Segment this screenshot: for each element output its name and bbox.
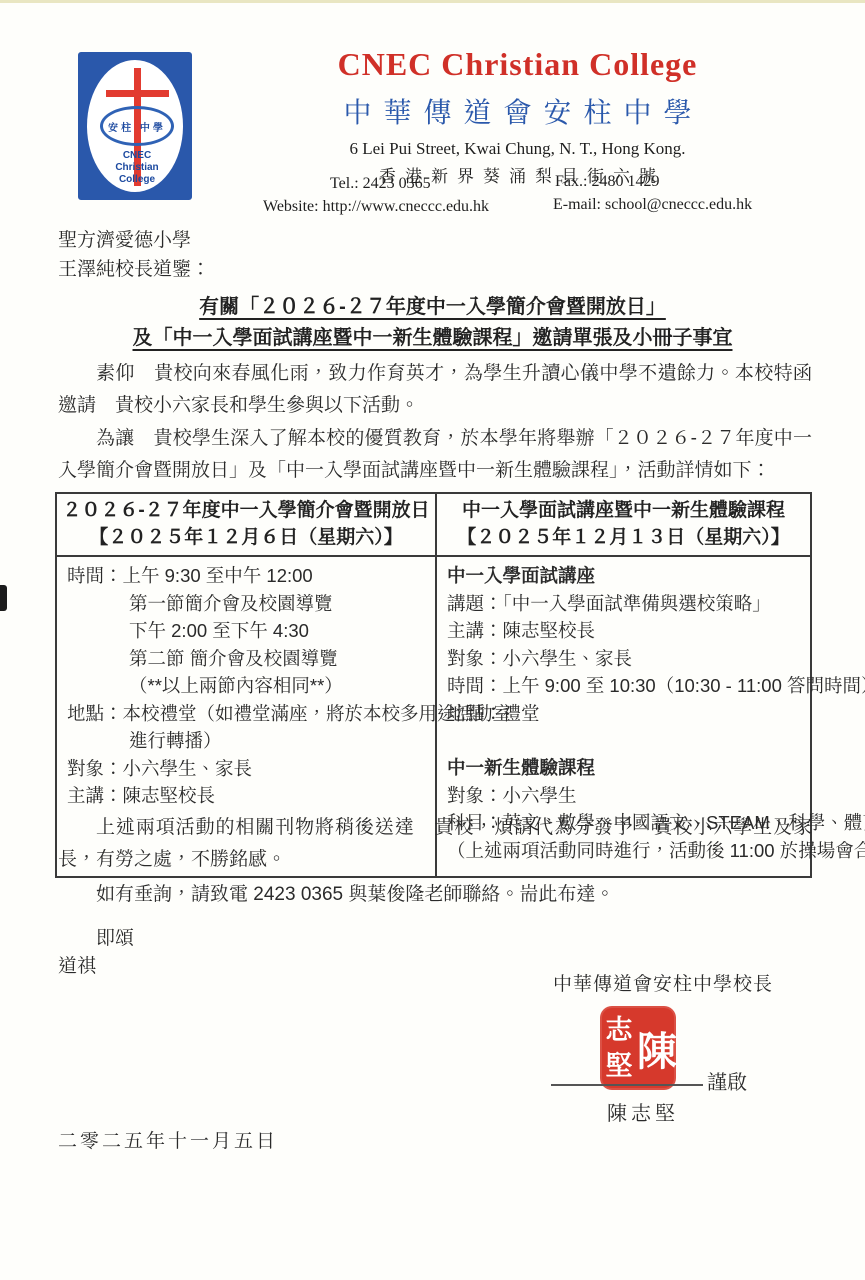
event2-date: 【２０２５年１２月１３日（星期六）】 xyxy=(441,524,806,551)
respectfully-label: 謹啟 xyxy=(707,1066,747,1095)
event2-topic: 講題：「中一入學面試準備與選校策略」 xyxy=(447,590,802,618)
school-name-chinese: 中華傳道會安柱中學 xyxy=(235,91,800,131)
event1-speaker: 主講：陳志堅校長 xyxy=(67,782,427,810)
paragraph-intro: 素仰 貴校向來春風化雨，致力作育英才，為學生升讀心儀中學不遺餘力。本校特函邀請 … xyxy=(58,358,812,422)
event2-time: 時間：上午 9:00 至 10:30（10:30 - 11:00 答問時間） xyxy=(447,672,802,700)
event1-audience: 對象：小六學生、家長 xyxy=(67,755,427,783)
logo-ellipse-text: 安柱 中學 xyxy=(108,119,166,134)
paragraph-events-intro: 為讓 貴校學生深入了解本校的優質教育，於本學年將舉辦「２０２６-２７年度中一入學… xyxy=(58,423,812,487)
event2-sec2-audience: 對象：小六學生 xyxy=(447,782,802,810)
event1-venue: 地點：本校禮堂（如禮堂滿座，將於本校多用途活動室 xyxy=(67,700,427,728)
letter-date: 二零二五年十一月五日 xyxy=(58,1126,278,1153)
cross-icon-arm xyxy=(106,90,169,97)
seal-char-left-top: 志 xyxy=(606,1015,633,1045)
school-logo: 安柱 中學 CNEC Christian College xyxy=(78,52,192,200)
event2-audience: 對象：小六學生、家長 xyxy=(447,645,802,673)
website: Website: http://www.cneccc.edu.hk xyxy=(263,198,489,216)
event2-header: 中一入學面試講座暨中一新生體驗課程 【２０２５年１２月１３日（星期六）】 xyxy=(437,494,810,557)
event2-speaker: 主講：陳志堅校長 xyxy=(447,617,802,645)
principal-name: 陳志堅 xyxy=(607,1097,679,1126)
closing-phrase-1: 即頌 xyxy=(96,923,134,950)
event1-time: 時間：上午 9:30 至中午 12:00 xyxy=(67,562,427,590)
event1-header: ２０２６-２７年度中一入學簡介會暨開放日 【２０２５年１２月６日（星期六）】 xyxy=(57,494,435,557)
logo-en-line2: Christian xyxy=(80,162,194,174)
event1-session1: 第一節簡介會及校園導覽 xyxy=(67,590,427,618)
letterhead: CNEC Christian College 中華傳道會安柱中學 6 Lei P… xyxy=(235,46,800,226)
event1-date: 【２０２５年１２月６日（星期六）】 xyxy=(61,524,431,551)
principal-title: 中華傳道會安柱中學校長 xyxy=(553,969,773,996)
paragraph-distribution: 上述兩項活動的相關刊物將稍後送達 貴校，煩請代為分發予 貴校小六學生及家長，有勞… xyxy=(58,812,812,876)
event1-venue-cont: 進行轉播） xyxy=(67,727,427,755)
event1-note: （**以上兩節內容相同**） xyxy=(67,672,427,700)
recipient-salutation: 王澤純校長道鑒： xyxy=(58,255,210,284)
event2-venue: 地點：禮堂 xyxy=(447,700,802,728)
logo-en-line1: CNEC xyxy=(80,150,194,162)
event2-section2-title: 中一新生體驗課程 xyxy=(447,754,802,782)
subject-heading: 有關「２０２６-２７年度中一入學簡介會暨開放日」 及「中一入學面試講座暨中一新生… xyxy=(0,292,865,354)
recipient-block: 聖方濟愛德小學 王澤純校長道鑒： xyxy=(58,226,210,284)
event1-session2: 第二節 簡介會及校園導覽 xyxy=(67,645,427,673)
fax: Fax.: 2480 1429 xyxy=(555,173,659,191)
event2-title: 中一入學面試講座暨中一新生體驗課程 xyxy=(441,497,806,524)
scanned-letter-page: 安柱 中學 CNEC Christian College CNEC Christ… xyxy=(0,0,865,1280)
subject-line1: 有關「２０２６-２７年度中一入學簡介會暨開放日」 xyxy=(199,296,666,318)
email: E-mail: school@cneccc.edu.hk xyxy=(553,196,752,214)
signature-line xyxy=(551,1058,703,1086)
paragraph-enquiry: 如有垂詢，請致電 2423 0365 與葉俊隆老師聯絡。耑此布達。 xyxy=(58,879,812,911)
logo-ellipse: 安柱 中學 xyxy=(100,106,174,146)
scan-artifact-top xyxy=(0,0,865,3)
closing-phrase-2: 道祺 xyxy=(58,951,96,978)
address-english: 6 Lei Pui Street, Kwai Chung, N. T., Hon… xyxy=(235,139,800,159)
recipient-school: 聖方濟愛德小學 xyxy=(58,226,210,255)
subject-line2: 及「中一入學面試講座暨中一新生體驗課程」邀請單張及小冊子事宜 xyxy=(133,327,733,349)
logo-english-name: CNEC Christian College xyxy=(80,150,194,186)
telephone: Tel.: 2423 0365 xyxy=(330,175,431,193)
event2-section1-title: 中一入學面試講座 xyxy=(447,562,802,590)
school-name-english: CNEC Christian College xyxy=(235,46,800,83)
logo-en-line3: College xyxy=(80,174,194,186)
event1-title: ２０２６-２７年度中一入學簡介會暨開放日 xyxy=(61,497,431,524)
scan-artifact-left-mark xyxy=(0,585,7,611)
address-chinese: 香港新界葵涌梨貝街六號 xyxy=(235,162,800,187)
event1-time2: 下午 2:00 至下午 4:30 xyxy=(67,617,427,645)
